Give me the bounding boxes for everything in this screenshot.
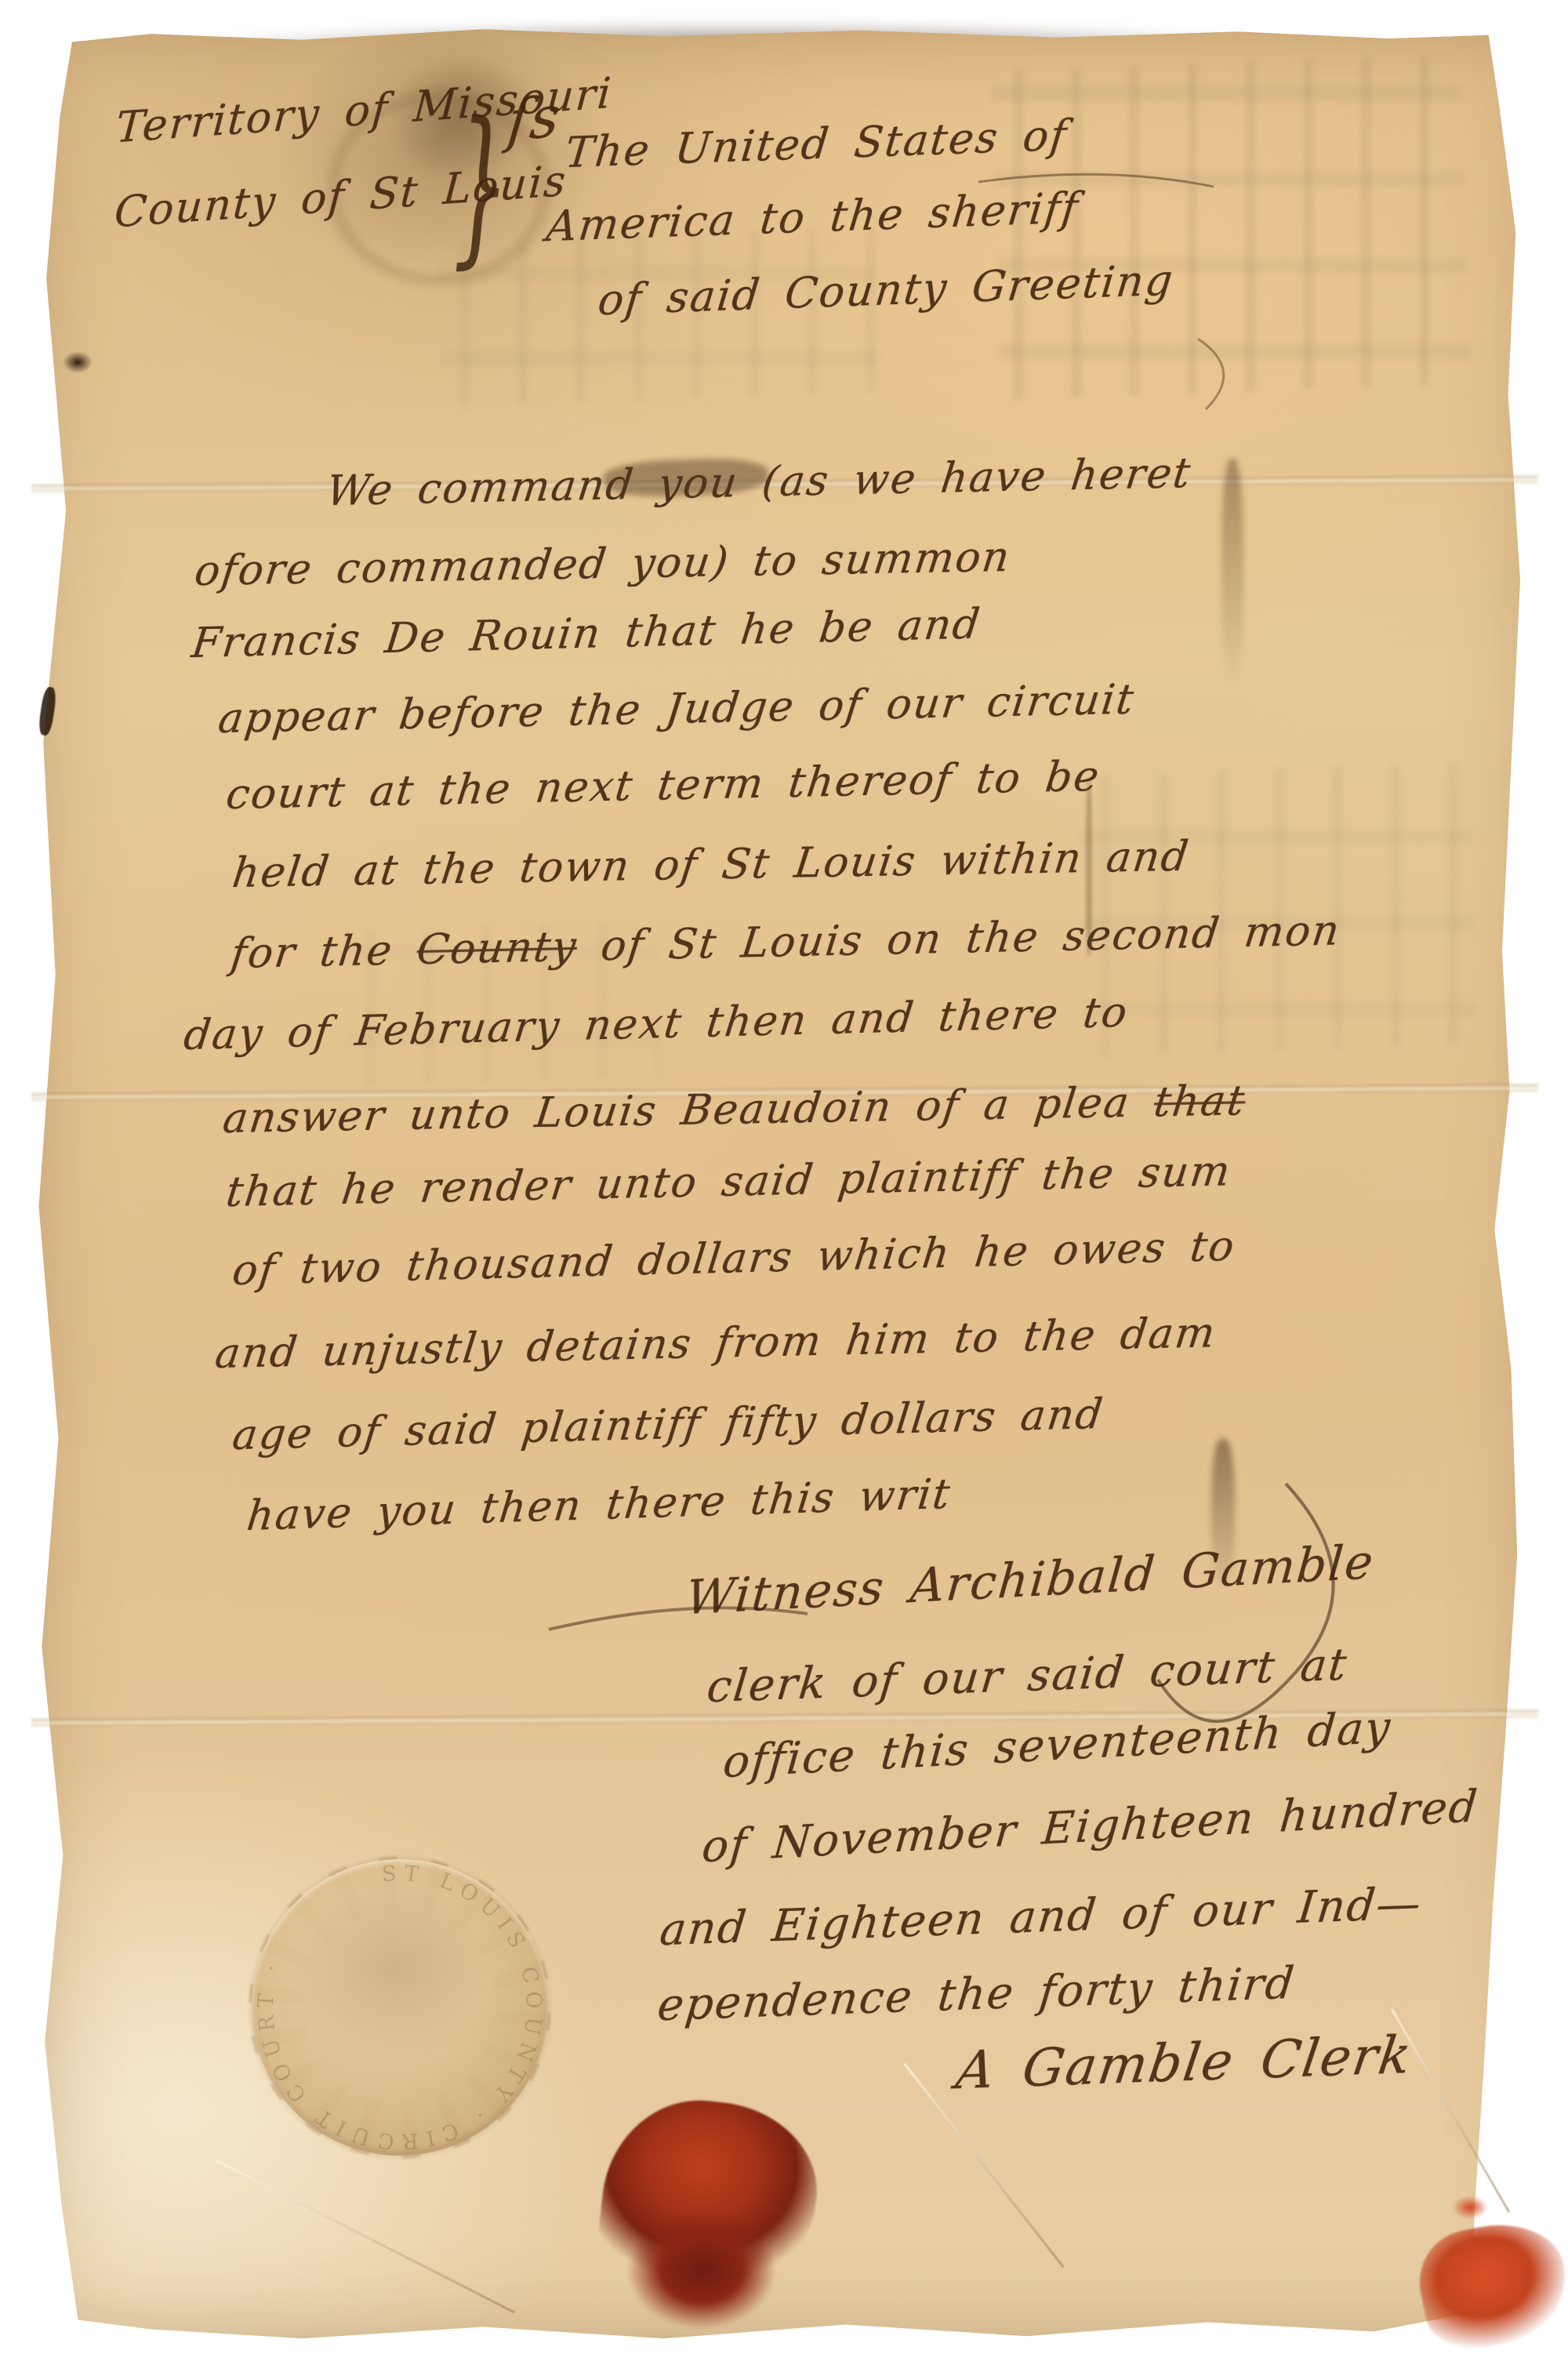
embossed-star-seal-bottom: ST LOUIS COUNTY · CIRCUIT COURT · (161, 1768, 639, 2247)
clerk-signature: A Gamble Clerk (953, 2029, 1416, 2098)
body-line-7-struck-word: County (414, 923, 579, 974)
body-line-7-pre: for the (228, 926, 420, 978)
header-ss-mark: ſs (505, 87, 564, 150)
seal-ring-text: ST LOUIS COUNTY · CIRCUIT COURT · (234, 1842, 564, 2172)
seal-ring: ST LOUIS COUNTY · CIRCUIT COURT · (161, 1768, 639, 2247)
ink-smear-vertical-mid (1211, 1439, 1235, 1584)
ink-smear-vertical-top (1221, 459, 1243, 686)
header-brace: } (453, 100, 510, 271)
wax-stain-small-fleck (1452, 2196, 1488, 2219)
svg-text:ST LOUIS COUNTY · CIRCUIT COUR: ST LOUIS COUNTY · CIRCUIT COURT · (234, 1842, 564, 2172)
ink-blot-left-margin (63, 351, 93, 373)
ink-smear-thin (1086, 780, 1092, 957)
body-line-9-struck-word: that (1152, 1077, 1249, 1126)
wax-stain-large-lower-lobe (627, 2211, 776, 2329)
scanned-manuscript-page: { "document": { "header": { "territory_l… (0, 0, 1568, 2365)
